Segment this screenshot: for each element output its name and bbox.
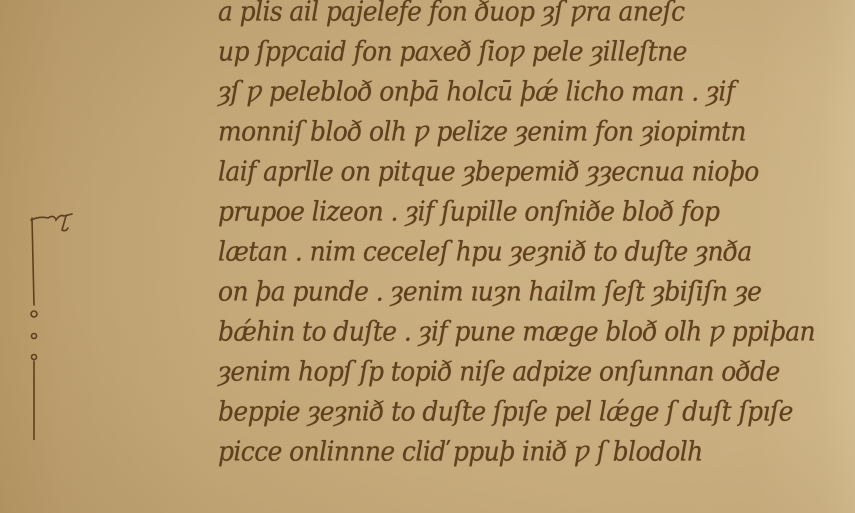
- manuscript-line: on þa punde . ȝenim ıuȝn hailm ſeſt ȝbiſ…: [218, 270, 838, 313]
- manuscript-line: ȝenim hopſ ſp topið niſe adpize onſunnan…: [218, 350, 838, 393]
- margin-bracket-mark: [20, 210, 90, 440]
- manuscript-line: monniſ bloð olh ƿ pelize ȝenim fon ȝiopi…: [218, 110, 838, 153]
- manuscript-line: laif aprlle on pitque ȝbepemið ȝȝecnua n…: [218, 150, 838, 193]
- manuscript-line: bǽhin to duſte . ȝif pune mæge bloð olh …: [218, 310, 838, 353]
- manuscript-line: a plis ail pajelefe fon ðuop ȝſ ƿra aneſ…: [218, 0, 838, 34]
- manuscript-line: beppie ȝeȝnið to duſte ſpıſe pel lǽge ſ …: [218, 390, 838, 433]
- manuscript-line: up ſpƿcaid fon paxeð ſioƿ pele ȝilleſtne: [218, 30, 838, 73]
- manuscript-text-block: a plis ail pajelefe fon ðuop ȝſ ƿra aneſ…: [218, 0, 838, 472]
- manuscript-line: picce onlinnne cliď ppuþ inið ƿ ſ blodol…: [218, 430, 838, 473]
- manuscript-line: ȝſ ƿ pelebloð onþā holcū þǽ licho man . …: [218, 70, 838, 113]
- manuscript-line: lætan . nim ceceleſ hpu ȝeȝnið to duſte …: [218, 230, 838, 273]
- manuscript-line: prupoe lizeon . ȝif ſupille onſniðe bloð…: [218, 190, 838, 233]
